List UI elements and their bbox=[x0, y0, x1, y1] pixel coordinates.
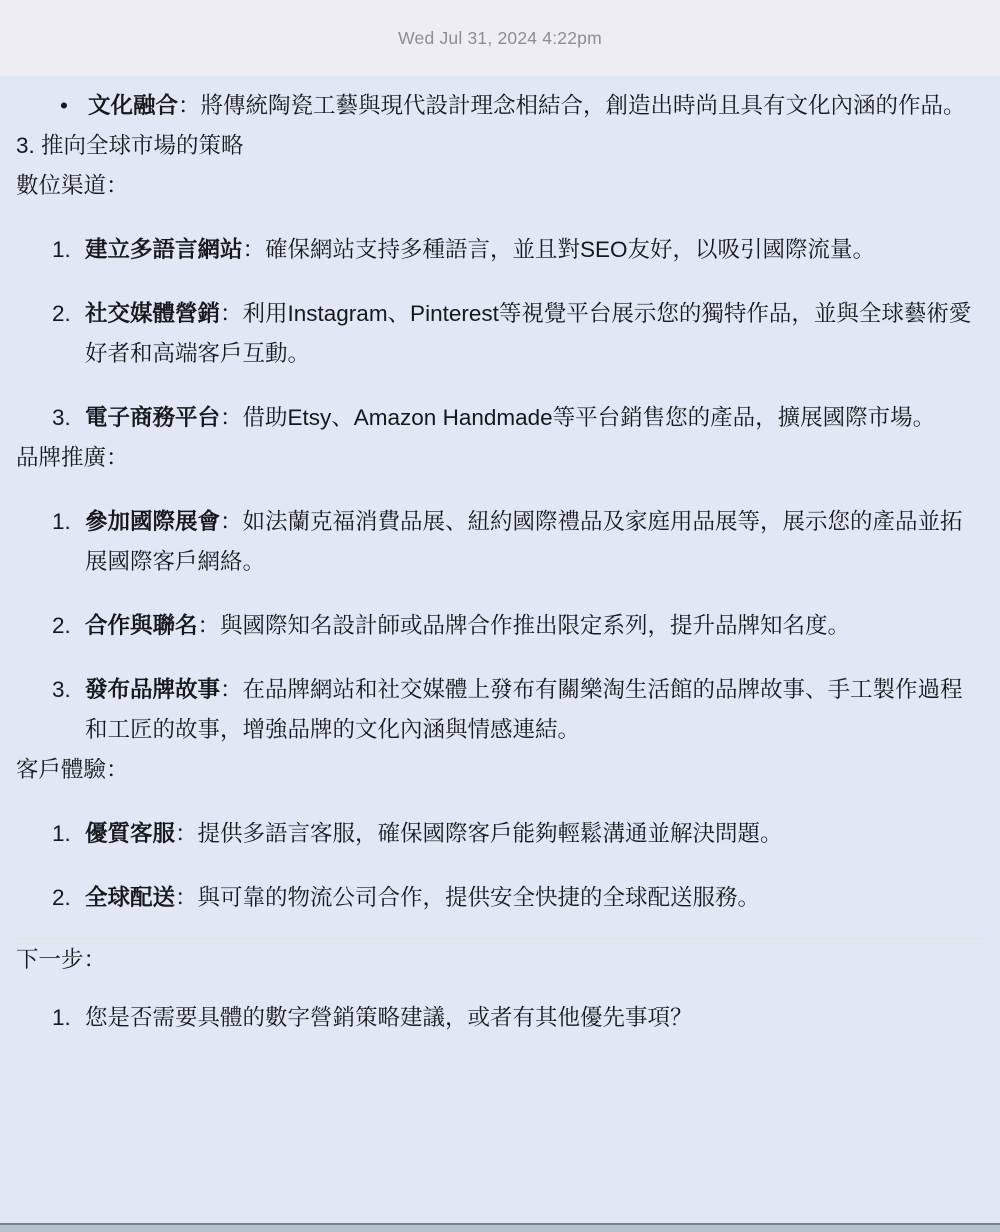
item-label: 發布品牌故事 bbox=[85, 677, 220, 702]
numbered-item-trade-shows: 1. 參加國際展會：如法蘭克福消費品展、紐約國際禮品及家庭用品展等，展示您的產品… bbox=[16, 502, 984, 582]
numbered-item-brand-story: 3. 發布品牌故事：在品牌網站和社交媒體上發布有關樂淘生活館的品牌故事、手工製作… bbox=[16, 670, 984, 750]
section-title-customer-experience: 客戶體驗： bbox=[16, 750, 984, 790]
numbered-item-customer-service: 1. 優質客服：提供多語言客服，確保國際客戶能夠輕鬆溝通並解決問題。 bbox=[16, 814, 984, 854]
item-label: 建立多語言網站 bbox=[85, 237, 243, 262]
numbered-item-collaboration: 2. 合作與聯名：與國際知名設計師或品牌合作推出限定系列，提升品牌知名度。 bbox=[16, 606, 984, 646]
list-brand-promotion: 1. 參加國際展會：如法蘭克福消費品展、紐約國際禮品及家庭用品展等，展示您的產品… bbox=[16, 502, 984, 750]
bullet-item-culture-fusion: • 文化融合：將傳統陶瓷工藝與現代設計理念相結合，創造出時尚且具有文化內涵的作品… bbox=[16, 86, 984, 126]
item-number: 1. bbox=[52, 230, 71, 270]
item-text: ：將傳統陶瓷工藝與現代設計理念相結合，創造出時尚且具有文化內涵的作品。 bbox=[178, 93, 966, 118]
item-label: 全球配送 bbox=[85, 885, 175, 910]
item-label: 電子商務平台 bbox=[85, 405, 220, 430]
item-text: ：與國際知名設計師或品牌合作推出限定系列，提升品牌知名度。 bbox=[198, 613, 851, 638]
section-title-digital-channels: 數位渠道： bbox=[16, 166, 984, 206]
numbered-item-multilingual-site: 1. 建立多語言網站：確保網站支持多種語言，並且對SEO友好，以吸引國際流量。 bbox=[16, 230, 984, 270]
item-label: 合作與聯名 bbox=[85, 613, 198, 638]
item-text: ：確保網站支持多種語言，並且對SEO友好，以吸引國際流量。 bbox=[243, 237, 876, 262]
heading-global-market-strategy: 3. 推向全球市場的策略 bbox=[16, 126, 984, 166]
item-label: 優質客服 bbox=[85, 821, 175, 846]
item-text: ：提供多語言客服，確保國際客戶能夠輕鬆溝通並解決問題。 bbox=[175, 821, 783, 846]
list-digital-channels: 1. 建立多語言網站：確保網站支持多種語言，並且對SEO友好，以吸引國際流量。 … bbox=[16, 230, 984, 438]
chat-screen: { "page": { "timestamp": "Wed Jul 31, 20… bbox=[0, 0, 1000, 1232]
numbered-item-next-question: 1. 您是否需要具體的數字營銷策略建議，或者有其他優先事項？ bbox=[16, 998, 984, 1038]
item-number: 1. bbox=[52, 998, 71, 1038]
section-title-next-steps: 下一步： bbox=[16, 940, 984, 980]
section-title-brand-promotion: 品牌推廣： bbox=[16, 438, 984, 478]
bottom-band bbox=[0, 1223, 1000, 1232]
timestamp: Wed Jul 31, 2024 4:22pm bbox=[398, 28, 602, 49]
item-label: 文化融合 bbox=[88, 93, 178, 118]
item-text: 您是否需要具體的數字營銷策略建議，或者有其他優先事項？ bbox=[85, 1005, 693, 1030]
item-number: 1. bbox=[52, 814, 71, 854]
item-number: 2. bbox=[52, 878, 71, 918]
item-label: 參加國際展會 bbox=[85, 509, 220, 534]
item-number: 3. bbox=[52, 670, 71, 710]
numbered-item-ecommerce: 3. 電子商務平台：借助Etsy、Amazon Handmade等平台銷售您的產… bbox=[16, 398, 984, 438]
intro-bullet-list: • 文化融合：將傳統陶瓷工藝與現代設計理念相結合，創造出時尚且具有文化內涵的作品… bbox=[16, 86, 984, 126]
item-number: 2. bbox=[52, 294, 71, 334]
item-number: 3. bbox=[52, 398, 71, 438]
list-customer-experience: 1. 優質客服：提供多語言客服，確保國際客戶能夠輕鬆溝通並解決問題。 2. 全球… bbox=[16, 814, 984, 918]
item-text: ：借助Etsy、Amazon Handmade等平台銷售您的產品，擴展國際市場。 bbox=[220, 405, 935, 430]
date-header: Wed Jul 31, 2024 4:22pm bbox=[0, 0, 1000, 76]
item-text: ：與可靠的物流公司合作，提供安全快捷的全球配送服務。 bbox=[175, 885, 760, 910]
bullet-icon: • bbox=[60, 86, 68, 126]
item-number: 1. bbox=[52, 502, 71, 542]
assistant-message-bubble: • 文化融合：將傳統陶瓷工藝與現代設計理念相結合，創造出時尚且具有文化內涵的作品… bbox=[0, 76, 1000, 1038]
item-number: 2. bbox=[52, 606, 71, 646]
numbered-item-global-shipping: 2. 全球配送：與可靠的物流公司合作，提供安全快捷的全球配送服務。 bbox=[16, 878, 984, 918]
item-label: 社交媒體營銷 bbox=[85, 301, 220, 326]
numbered-item-social-media: 2. 社交媒體營銷：利用Instagram、Pinterest等視覺平台展示您的… bbox=[16, 294, 984, 374]
list-next-steps: 1. 您是否需要具體的數字營銷策略建議，或者有其他優先事項？ bbox=[16, 998, 984, 1038]
